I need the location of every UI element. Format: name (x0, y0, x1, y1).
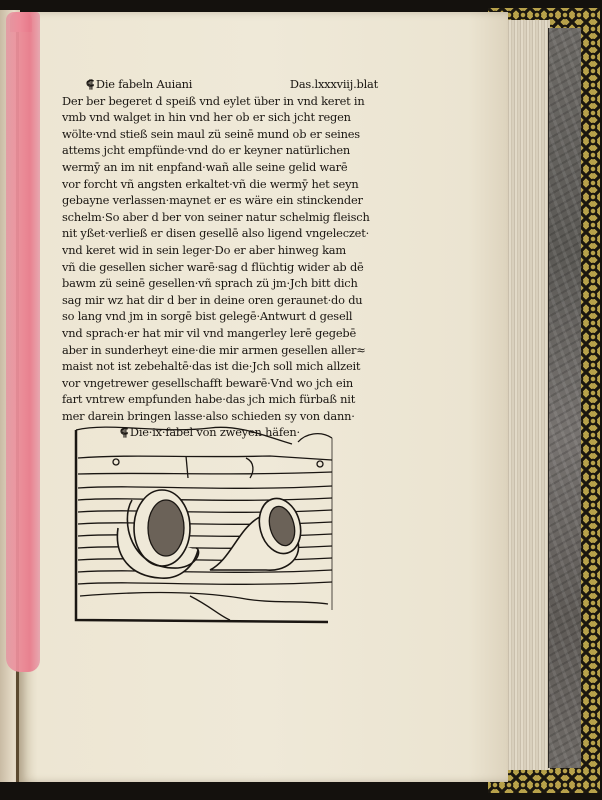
text-line: bawm zü seinē gesellen·vñ sprach zü jm·J… (62, 275, 378, 292)
text-line: gebayne verlassen·maynet er es wäre ein … (62, 192, 378, 209)
folio-number: Das.lxxxviij.blat (290, 76, 378, 93)
text-line: vor forcht vñ angsten erkaltet·vñ die we… (62, 176, 378, 193)
text-line: sag mir wz hat dir d ber in deine oren g… (62, 292, 378, 309)
marbled-endpaper (548, 28, 581, 768)
text-line: maist not ist zebehaltē·das ist die·Jch … (62, 358, 378, 375)
text-line: fart vntrew empfunden habe·das jch mich … (62, 391, 378, 408)
running-header: ⸿Die fabeln Auiani Das.lxxxviij.blat (62, 76, 378, 93)
paragraph-mark-icon: ⸿ (86, 77, 94, 91)
text-line: vnd sprach·er hat mir vil vnd mangerley … (62, 325, 378, 342)
text-line: vnd keret wid in sein leger·Do er aber h… (62, 242, 378, 259)
text-line: wermȳ an im nit enpfand·wañ alle seine g… (62, 159, 378, 176)
text-line: so lang vnd jm in sorgē bist gelegē·Antw… (62, 308, 378, 325)
text-block: ⸿Die fabeln Auiani Das.lxxxviij.blat Der… (62, 76, 378, 441)
text-line: wölte·vnd stieß sein maul zü seinē mund … (62, 126, 378, 143)
text-line: Der ber begeret d speiß vnd eylet über i… (62, 93, 378, 110)
text-line: aber in sunderheyt eine·die mir armen ge… (62, 342, 378, 359)
text-line: nit yßet·verließ er disen gesellē also l… (62, 225, 378, 242)
text-line: schelm·So aber d ber von seiner natur sc… (62, 209, 378, 226)
text-line: attems jcht empfünde·vnd do er keyner na… (62, 142, 378, 159)
page-fore-edge (506, 20, 550, 770)
text-line: vmb vnd walget in hin vnd her ob er sich… (62, 109, 378, 126)
text-line: vñ die gesellen sicher warē·sag d flücht… (62, 259, 378, 276)
text-line: vor vngetrewer gesellschafft bewarē·Vnd … (62, 375, 378, 392)
woodcut-illustration (70, 420, 338, 628)
running-head: ⸿Die fabeln Auiani (62, 76, 192, 93)
bookmark-ribbon[interactable] (6, 12, 40, 672)
